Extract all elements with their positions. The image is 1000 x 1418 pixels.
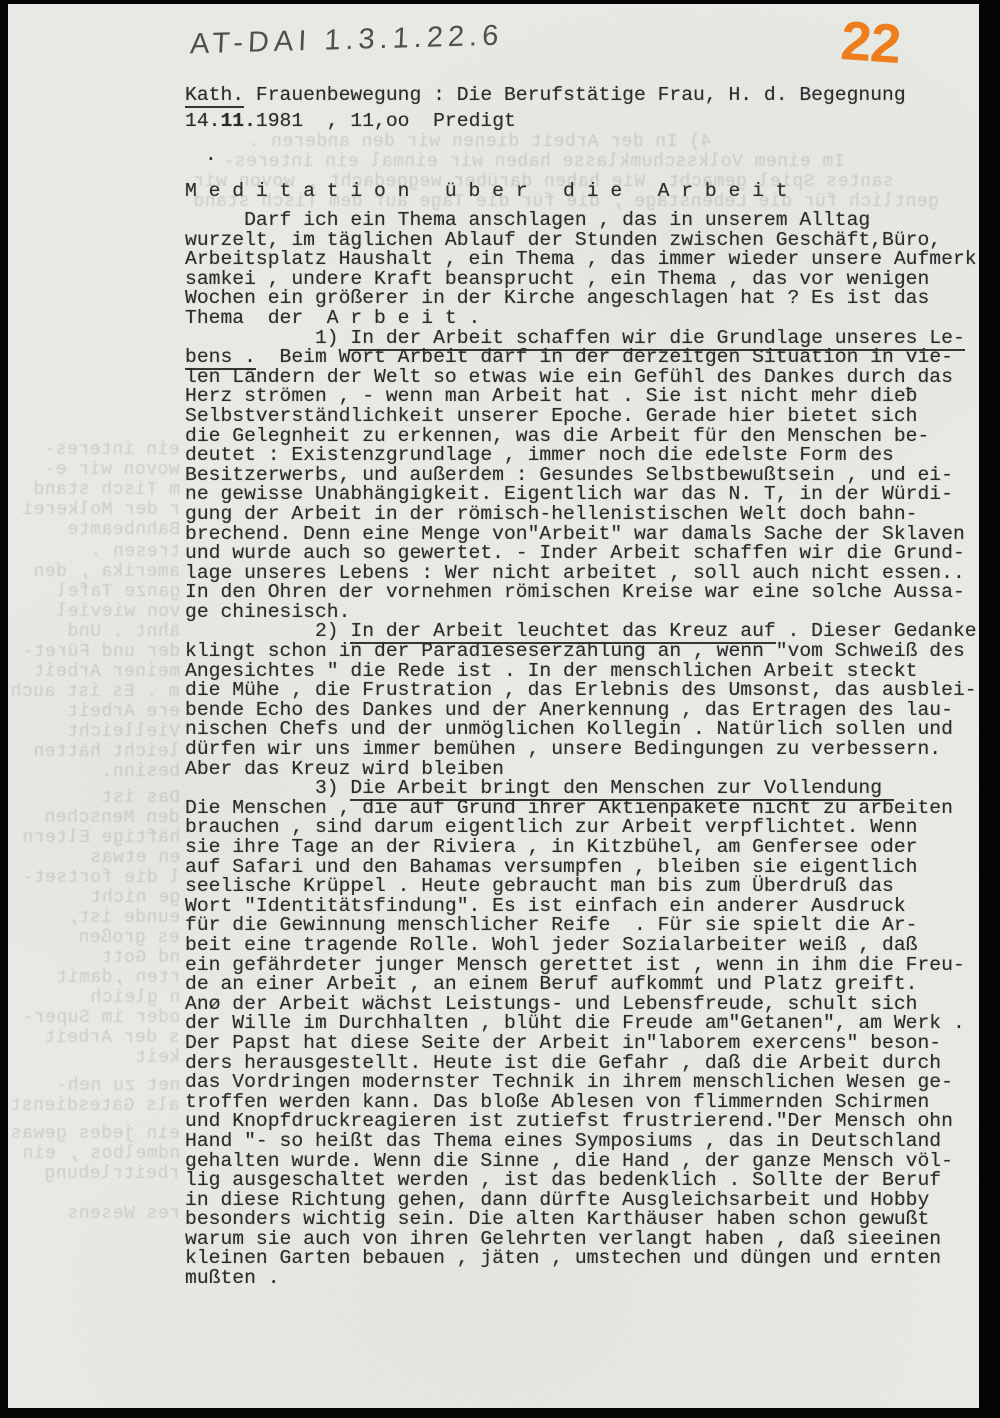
typewritten-line: gung der Arbeit in der römisch-hellenist… (185, 505, 977, 525)
text-segment: Beim Wort Arbeit darf in der derzeitgen … (256, 346, 953, 368)
bleedthrough-line: von wieviel (56, 602, 180, 622)
text-segment: 14. (185, 110, 220, 132)
paper-sheet: 4) In der Arbeit dienen wir den anderen … (8, 4, 979, 1408)
bleedthrough-line: 4) In der Arbeit dienen wir den anderen … (248, 132, 711, 152)
bleedthrough-line: l die fortset- (22, 868, 180, 888)
bleedthrough-line: ndmelbos , ein (22, 1144, 180, 1164)
text-segment: Kath. (185, 84, 244, 108)
typewritten-line: Darf ich ein Thema anschlagen , das in u… (185, 211, 977, 231)
bleedthrough-line: eunde ist, (67, 908, 180, 928)
text-segment: 1981 , 11,oo Predigt (256, 110, 516, 132)
typewritten-line: mußten . (185, 1269, 977, 1289)
header-line-organization: Kath. Frauenbewegung : Die Berufstätige … (185, 84, 906, 106)
bleedthrough-line: m . Es ist auch (10, 682, 180, 702)
text-segment: 11. (220, 110, 255, 132)
archive-reference-handwritten: AT-DAI 1.3.1.22.6 (189, 20, 504, 62)
bleedthrough-line: ein interes- (44, 440, 180, 460)
bleedthrough-line: oder im Super- (22, 1008, 180, 1028)
text-segment: 3) (185, 777, 350, 799)
typewritten-line: Der Papst hat diese Seite der Arbeit in"… (185, 1034, 977, 1054)
typewritten-line: klingt schon in der Paradieseserzählung … (185, 642, 977, 662)
bleedthrough-line: s der Arbeit (44, 1028, 180, 1048)
typewritten-line: kleinen Garten bebauen , jäten , umstech… (185, 1249, 977, 1269)
typewritten-line: de an einer Arbeit , an einem Beruf aufk… (185, 975, 977, 995)
bleedthrough-line: Das ist (101, 788, 180, 808)
bleedthrough-line: Vielleicht (67, 722, 180, 742)
bleedthrough-line: keit (135, 1048, 180, 1068)
typewritten-line: dürfen wir uns immer bemühen , unsere Be… (185, 740, 977, 760)
bleedthrough-line: wovon wir e- (44, 460, 180, 480)
typewritten-line: besonders wichtig sein. Die alten Karthä… (185, 1210, 977, 1230)
bleedthrough-line: ere Arbeit (67, 702, 180, 722)
typewritten-line: deutet : Existenzgrundlage , immer noch … (185, 446, 977, 466)
stray-typed-dot: . (205, 144, 217, 166)
bleedthrough-line: m Tisch stand (33, 480, 180, 500)
bleedthrough-line: ge nicht (90, 888, 180, 908)
typewritten-line: Selbstverständlichkeit unserer Epoche. G… (185, 407, 977, 427)
bleedthrough-line: ähnt . Und (67, 622, 180, 642)
typewritten-line: Arbeitsplatz Haushalt , ein Thema , das … (185, 250, 977, 270)
typewritten-line: In den Ohren der vornehmen römischen Kre… (185, 583, 977, 603)
scanned-document: 4) In der Arbeit dienen wir den anderen … (0, 0, 1000, 1418)
typewritten-line: der Wille im Durchhalten , blüht die Fre… (185, 1014, 977, 1034)
text-segment: Frauenbewegung : Die Berufstätige Frau, … (244, 84, 906, 106)
typewritten-line: lig ausgeschaltet werden , ist das beden… (185, 1171, 977, 1191)
typewritten-line: 3) Die Arbeit bringt den Menschen zur Vo… (185, 779, 977, 799)
bleedthrough-line: amerika , den (33, 562, 180, 582)
typewritten-line: und Knopfdruckreagieren ist zutiefst fru… (185, 1112, 977, 1132)
bleedthrough-line: res Wesens (67, 1204, 180, 1224)
bleedthrough-line: Im einem Volksschumklasse haben wir einm… (223, 152, 845, 172)
bleedthrough-line: rbeitrlebung (44, 1164, 180, 1184)
bleedthrough-line: besinn. (101, 762, 180, 782)
typewritten-line: sie ihre Tage an der Riviera , in Kitzbü… (185, 838, 977, 858)
typewritten-line: Hand "- so heißt das Thema eines Symposi… (185, 1132, 977, 1152)
bleedthrough-line: en etwas (90, 848, 180, 868)
bleedthrough-line: ganze Tafel (56, 582, 180, 602)
bleedthrough-line: es großen (78, 928, 180, 948)
typewritten-line: das Vordringen modernster Technik in ihr… (185, 1073, 977, 1093)
document-title: M e d i t a t i o n ü b e r d i e A r b … (185, 180, 788, 202)
bleedthrough-line: als Gatesdienst (10, 1096, 180, 1116)
bleedthrough-line: den Menschen (44, 808, 180, 828)
typewritten-body: Darf ich ein Thema anschlagen , das in u… (185, 211, 977, 1289)
typewritten-line: ne gewisse Unabhängigkeit. Eigentlich wa… (185, 485, 977, 505)
typewritten-line: seelische Krüppel . Heute gebraucht man … (185, 877, 977, 897)
typewritten-line: Herz strömen , - wenn man Arbeit hat . S… (185, 387, 977, 407)
bleedthrough-line: ein jedes gewas- (8, 1124, 180, 1144)
bleedthrough-line: rten ,damit (56, 968, 180, 988)
bleedthrough-line: tresen . (90, 542, 180, 562)
bleedthrough-line: nd Gott (101, 948, 180, 968)
typewritten-line: beit eine tragende Rolle. Wohl jeder Soz… (185, 936, 977, 956)
bleedthrough-line: meiner Arbeit (33, 662, 180, 682)
bleedthrough-line: n gleich (90, 988, 180, 1008)
bleedthrough-line: net zu neh- (56, 1076, 180, 1096)
typewritten-line: bens . Beim Wort Arbeit darf in der derz… (185, 348, 977, 368)
bleedthrough-line: leicht hätten (33, 742, 180, 762)
header-line-date-time: 14.11.1981 , 11,oo Predigt (185, 110, 516, 132)
bleedthrough-line: der und Füret- (22, 642, 180, 662)
typewritten-line: die Mühe , die Frustration , das Erlebni… (185, 681, 977, 701)
bleedthrough-line: Bahnbeamte (67, 520, 180, 540)
typewritten-line: und wurde auch so gewertet. - Inder Arbe… (185, 544, 977, 564)
bleedthrough-line: häftige Eltern (22, 828, 180, 848)
bleedthrough-line: r der Molkerei (22, 500, 180, 520)
page-number-handwritten: 22 (839, 8, 903, 76)
